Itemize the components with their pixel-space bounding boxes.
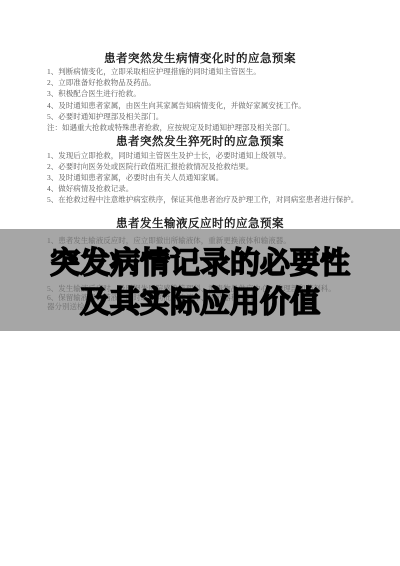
list-item: 1、判断病情变化，立即采取相应护理措施的同时通知主管医生。 <box>47 66 367 77</box>
list-item: 5、在抢救过程中注意维护病室秩序，保证其他患者治疗及护理工作，对同病室患者进行保… <box>47 195 367 206</box>
overlay-title-line2: 及其实际应用价值 <box>0 284 400 323</box>
section-title-sudden-death: 患者突然发生猝死时的应急预案 <box>0 133 400 149</box>
list-item: 4、及时通知患者家属，由医生向其家属告知病情变化，并做好家属安抚工作。 <box>47 100 367 111</box>
note-line: 注：如遇重大抢救或特殊患者抢救，应按规定及时通知护理部及相关部门。 <box>47 122 367 133</box>
list-item: 1、发现后立即抢救，同时通知主管医生及护士长，必要时通知上级领导。 <box>47 151 367 162</box>
list-item: 5、必要时通知护理部及相关部门。 <box>47 111 367 122</box>
list-item: 3、积极配合医生进行抢救。 <box>47 88 367 99</box>
list-item: 3、及时通知患者家属，必要时由有关人员通知家属。 <box>47 173 367 184</box>
section-title-condition-change: 患者突然发生病情变化时的应急预案 <box>0 50 400 66</box>
overlay-title: 突发病情记录的必要性 及其实际应用价值 <box>0 245 400 322</box>
list-item: 2、立即准备好抢救物品及药品。 <box>47 77 367 88</box>
document-page: 患者突然发生病情变化时的应急预案 1、判断病情变化，立即采取相应护理措施的同时通… <box>0 0 400 566</box>
list-item: 2、必要时向医务处或医院行政值班汇报抢救情况及抢救结果。 <box>47 162 367 173</box>
section2-list: 1、发现后立即抢救，同时通知主管医生及护士长，必要时通知上级领导。 2、必要时向… <box>47 151 367 206</box>
overlay-title-line1: 突发病情记录的必要性 <box>0 245 400 284</box>
list-item: 4、做好病情及抢救记录。 <box>47 184 367 195</box>
section1-list: 1、判断病情变化，立即采取相应护理措施的同时通知主管医生。 2、立即准备好抢救物… <box>47 66 367 133</box>
